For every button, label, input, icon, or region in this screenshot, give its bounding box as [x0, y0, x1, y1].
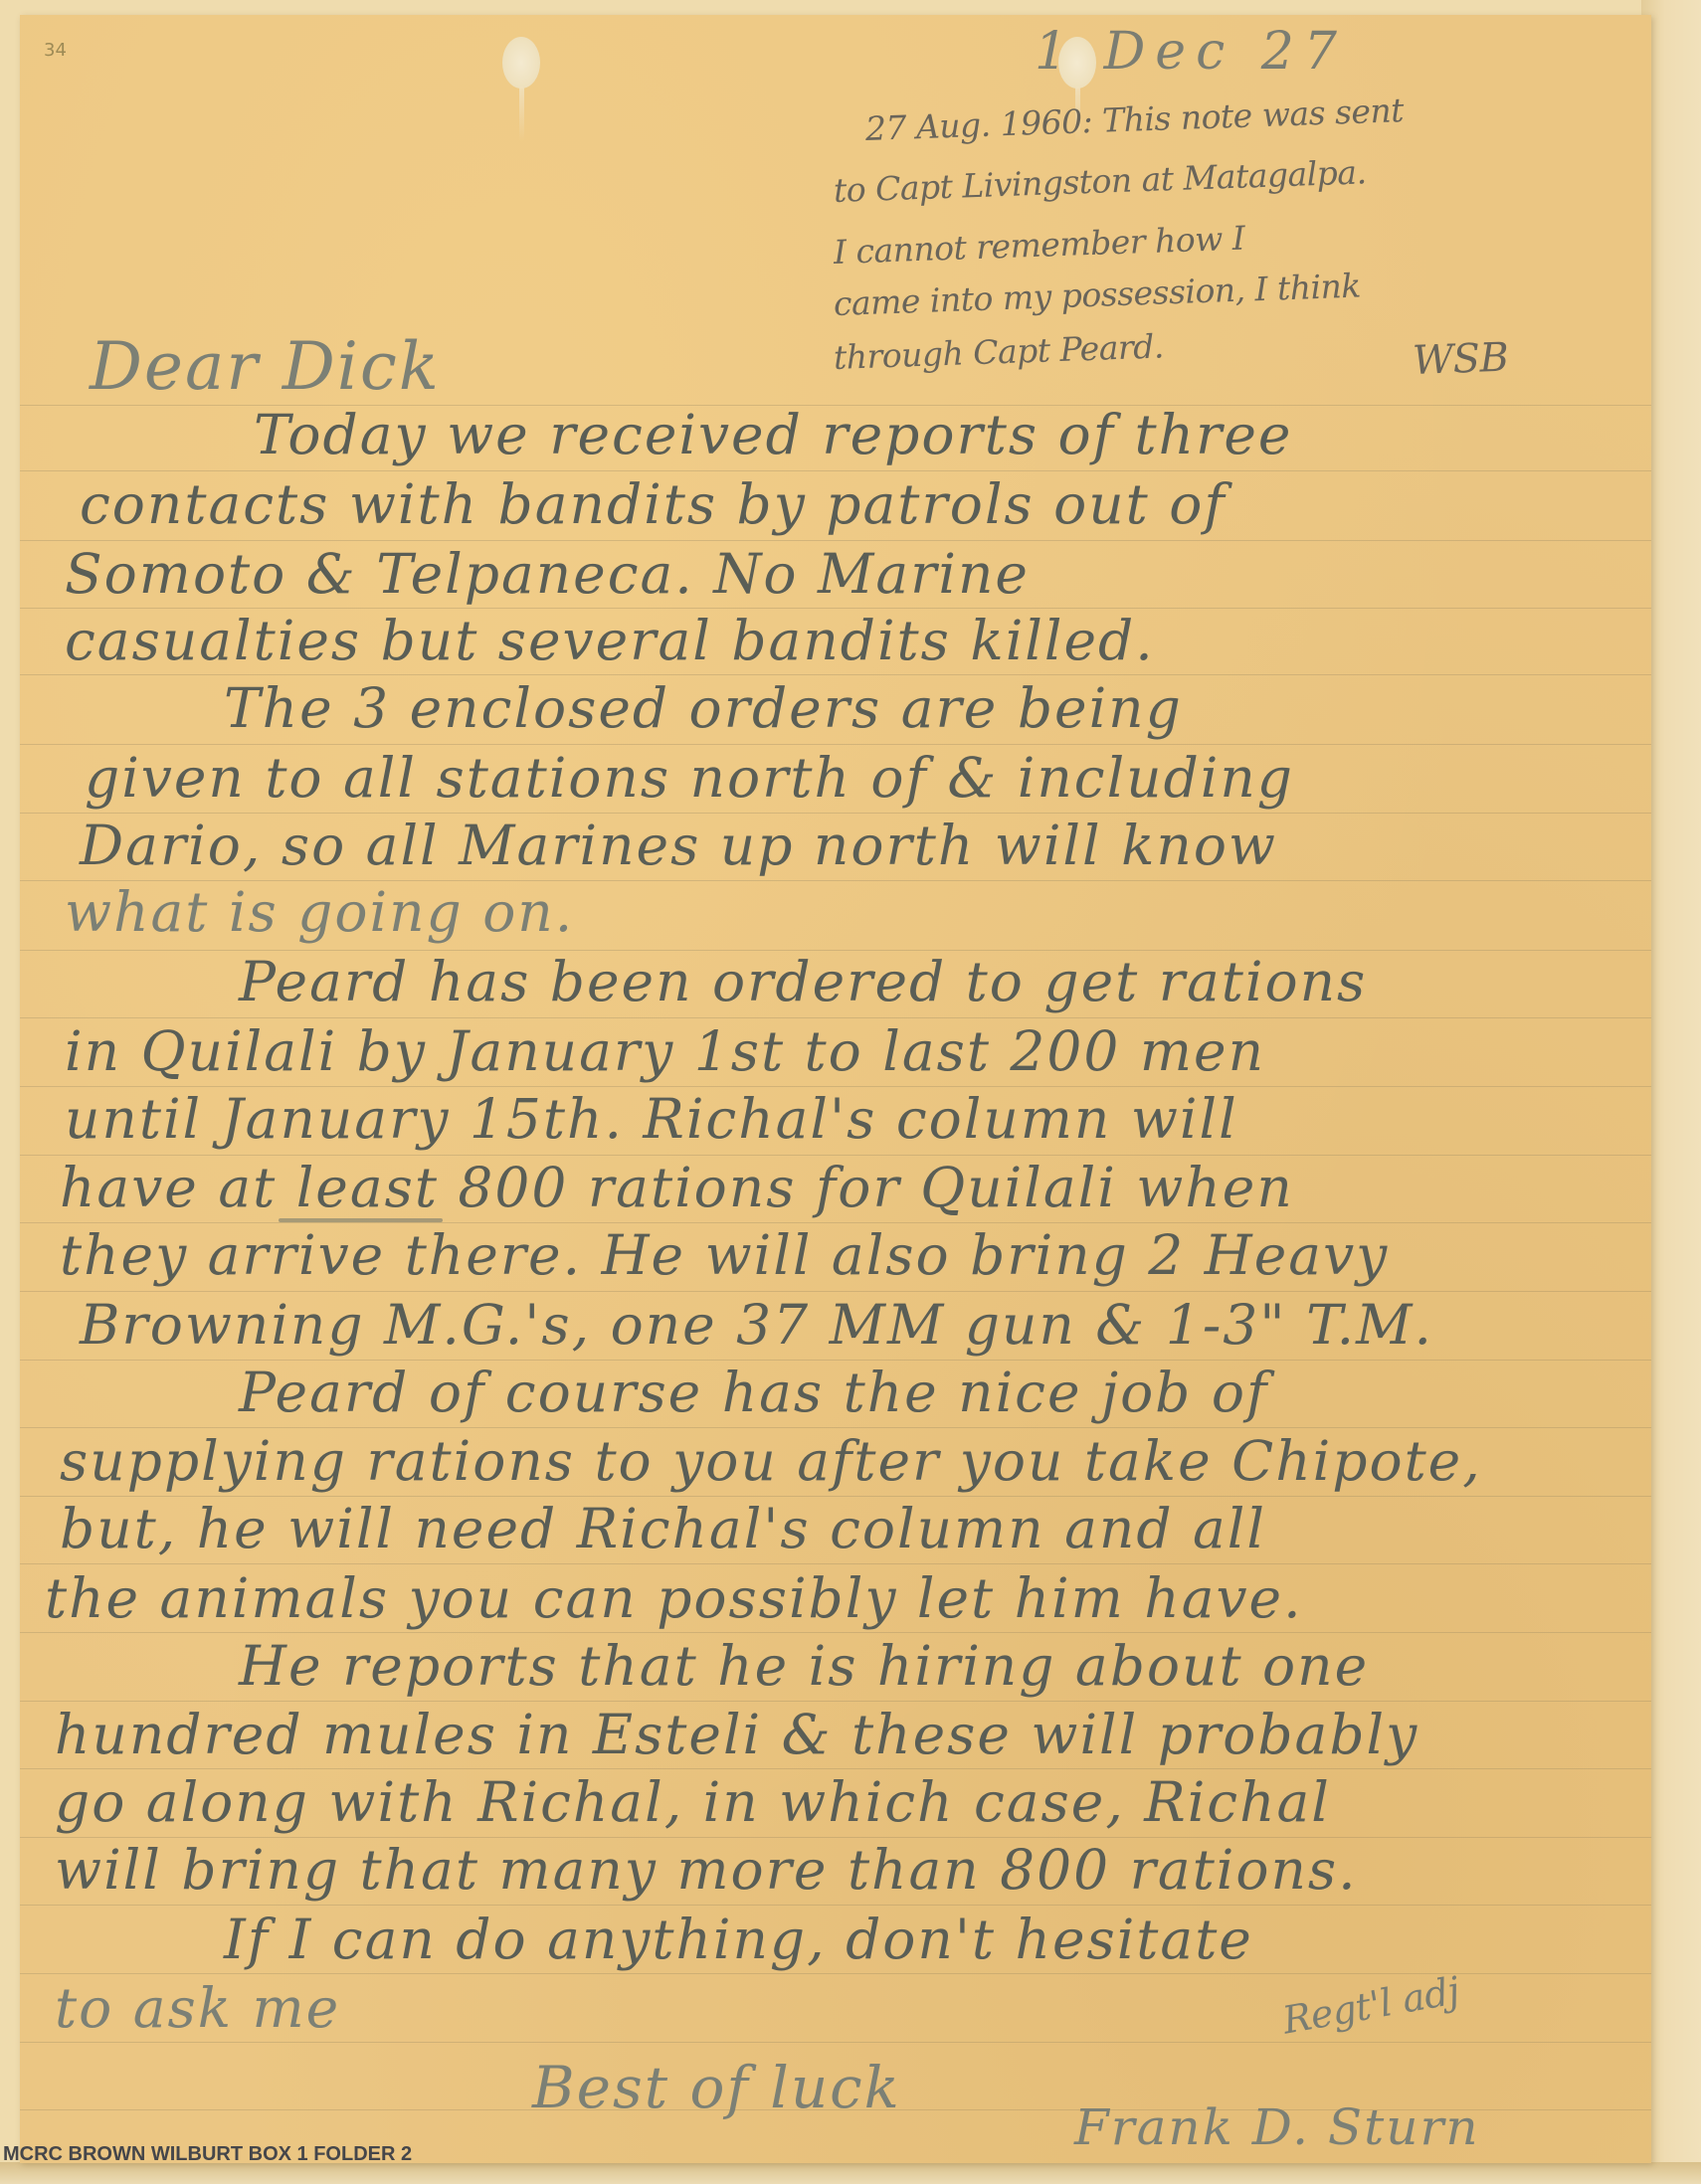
- page-number: 34: [44, 40, 67, 61]
- ruled-line: [20, 1973, 1651, 1974]
- body-line: Today we received reports of three: [254, 403, 1292, 466]
- ruled-line: [20, 2042, 1651, 2043]
- ruled-line: [20, 1701, 1651, 1702]
- body-line: The 3 enclosed orders are being: [224, 676, 1183, 740]
- ruled-line: [20, 744, 1651, 745]
- body-line: in Quilali by January 1st to last 200 me…: [65, 1019, 1265, 1083]
- body-line: to ask me: [55, 1976, 340, 2040]
- letter-date: 1 Dec 27: [1035, 22, 1347, 82]
- body-line: what is going on.: [65, 880, 574, 944]
- body-line: hundred mules in Esteli & these will pro…: [55, 1703, 1418, 1766]
- body-line: supplying rations to you after you take …: [60, 1429, 1482, 1493]
- signature: Frank D. Sturn: [1074, 2098, 1480, 2156]
- archive-label: MCRC BROWN WILBURT BOX 1 FOLDER 2: [3, 2143, 412, 2166]
- closing: Best of luck: [532, 2054, 901, 2121]
- ruled-line: [20, 674, 1651, 675]
- body-line: the animals you can possibly let him hav…: [45, 1566, 1303, 1630]
- body-line: If I can do anything, don't hesitate: [224, 1908, 1253, 1971]
- ruled-line: [20, 540, 1651, 541]
- ruled-line: [20, 1291, 1651, 1292]
- ruled-line: [20, 1768, 1651, 1769]
- body-line: go along with Richal, in which case, Ric…: [55, 1770, 1331, 1834]
- body-line: but, he will need Richal's column and al…: [60, 1497, 1266, 1560]
- ruled-line: [20, 1427, 1651, 1428]
- body-line: Peard has been ordered to get rations: [239, 950, 1367, 1013]
- ruled-line: [20, 1017, 1651, 1018]
- body-line: until January 15th. Richal's column will: [65, 1087, 1238, 1151]
- body-line: Somoto & Telpaneca. No Marine: [65, 542, 1030, 606]
- ruled-line: [20, 1563, 1651, 1564]
- body-line: have at least 800 rations for Quilali wh…: [60, 1156, 1294, 1219]
- annotation-initials: WSB: [1412, 335, 1509, 384]
- underline-at-least: [279, 1218, 443, 1222]
- ruled-line: [20, 1905, 1651, 1906]
- body-line: given to all stations north of & includi…: [85, 746, 1294, 810]
- punch-hole-tear: [519, 87, 524, 141]
- ruled-line: [20, 1632, 1651, 1633]
- salutation: Dear Dick: [90, 328, 441, 405]
- body-line: will bring that many more than 800 ratio…: [55, 1838, 1358, 1902]
- punch-hole: [502, 37, 540, 89]
- body-line: contacts with bandits by patrols out of: [80, 472, 1227, 536]
- ruled-line: [20, 470, 1651, 471]
- body-line: Peard of course has the nice job of: [239, 1361, 1268, 1424]
- body-line: Browning M.G.'s, one 37 MM gun & 1-3" T.…: [80, 1293, 1433, 1357]
- body-line: they arrive there. He will also bring 2 …: [60, 1223, 1389, 1287]
- body-line: Dario, so all Marines up north will know: [80, 814, 1277, 877]
- body-line: He reports that he is hiring about one: [239, 1634, 1369, 1698]
- body-line: casualties but several bandits killed.: [65, 609, 1155, 672]
